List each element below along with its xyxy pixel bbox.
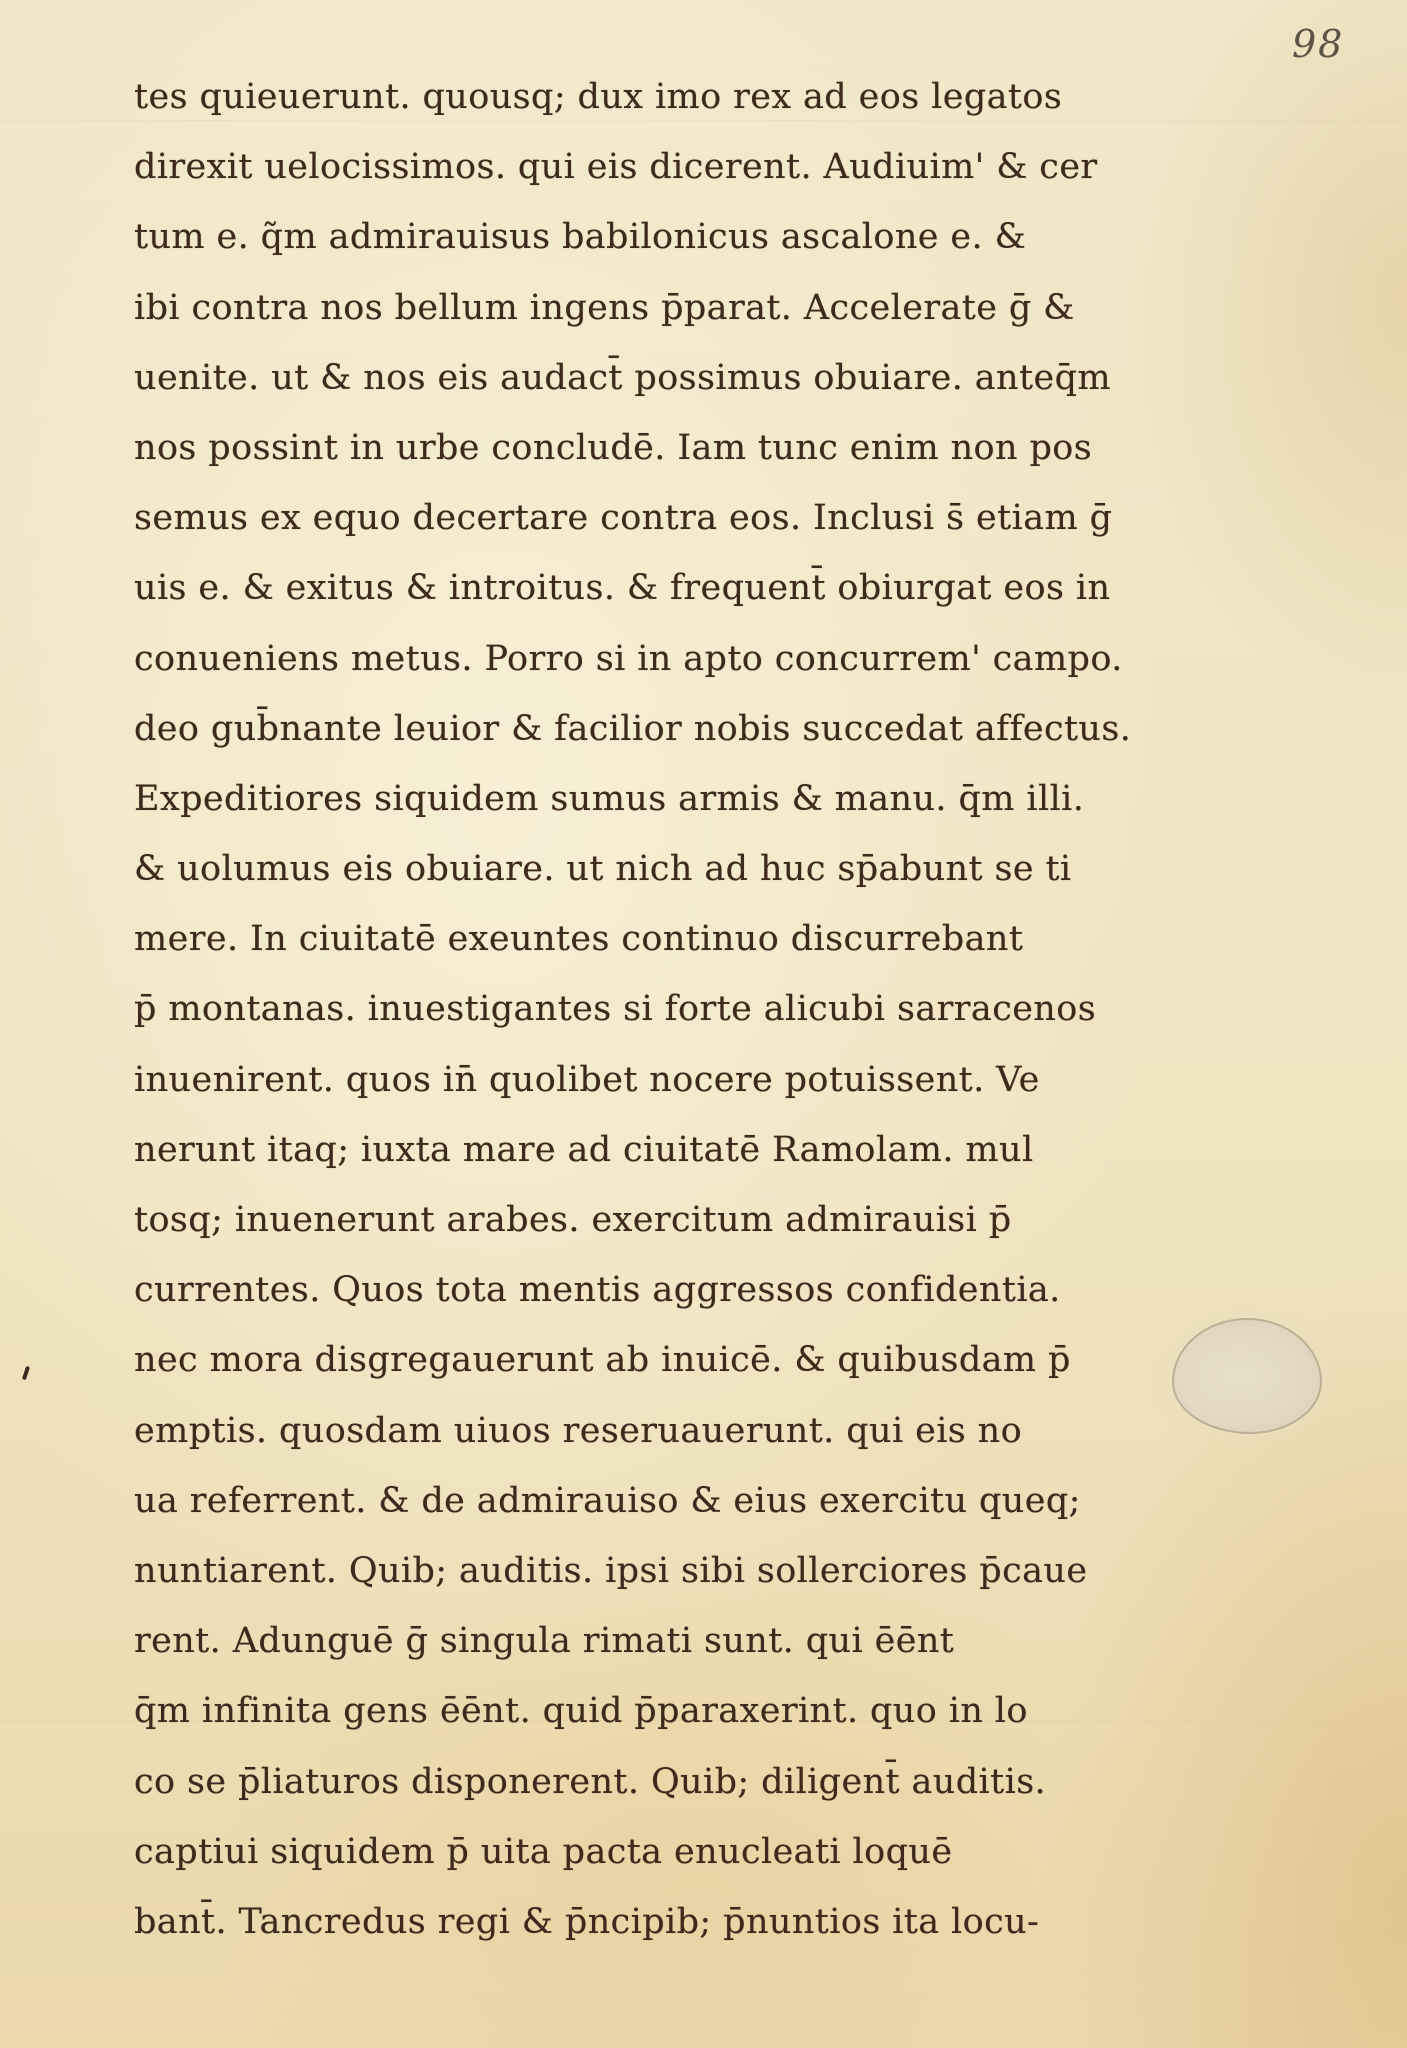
manuscript-line: nerunt itaq; iuxta mare ad ciuitatē Ram…	[134, 1115, 1194, 1185]
manuscript-line: Expeditiores siquidem sumus armis & manu…	[134, 764, 1194, 834]
folio-number: 98	[1292, 22, 1344, 66]
manuscript-line: conueniens metus. Porro si in apto concu…	[134, 624, 1194, 694]
manuscript-line: co se p̄liaturos disponerent. Quib; dili…	[134, 1747, 1194, 1817]
manuscript-line: ua referrent. & de admirauiso & eius exe…	[134, 1466, 1194, 1536]
manuscript-line: q̄m infinita gens ēēnt. quid p̄paraxer…	[134, 1676, 1194, 1746]
manuscript-line: & uolumus eis obuiare. ut nich ad huc sp…	[134, 834, 1194, 904]
manuscript-line: direxit uelocissimos. qui eis dicerent. …	[134, 132, 1194, 202]
manuscript-line: semus ex equo decertare contra eos. Incl…	[134, 483, 1194, 553]
manuscript-line: p̄ montanas. inuestigantes si forte alic…	[134, 974, 1194, 1044]
manuscript-line: emptis. quosdam uiuos reseruauerunt. qui…	[134, 1396, 1194, 1466]
manuscript-line: inuenirent. quos in̄ quolibet nocere pot…	[134, 1045, 1194, 1115]
manuscript-line: uis e. & exitus & introitus. & frequent̄…	[134, 553, 1194, 623]
manuscript-line: currentes. Quos tota mentis aggressos co…	[134, 1255, 1194, 1325]
manuscript-line: bant̄. Tancredus regi & p̄ncipib; p̄nunt…	[134, 1887, 1194, 1957]
manuscript-line: tes quieuerunt. quousq; dux imo rex ad e…	[134, 62, 1194, 132]
manuscript-line: tum e. q̃m admirauisus babilonicus ascal…	[134, 202, 1194, 272]
manuscript-line: deo gub̄nante leuior & facilior nobis su…	[134, 694, 1194, 764]
manuscript-folio: 98 tes quieuerunt. quousq; dux imo rex a…	[0, 0, 1407, 2048]
manuscript-line: captiui siquidem p̄ uita pacta enucleati…	[134, 1817, 1194, 1887]
parchment-hole	[1172, 1318, 1322, 1434]
margin-ink-mark	[22, 1366, 30, 1381]
manuscript-line: nuntiarent. Quib; auditis. ipsi sibi sol…	[134, 1536, 1194, 1606]
manuscript-line: tosq; inuenerunt arabes. exercitum admir…	[134, 1185, 1194, 1255]
manuscript-text-block: tes quieuerunt. quousq; dux imo rex ad e…	[134, 62, 1194, 1957]
manuscript-line: ibi contra nos bellum ingens p̄parat. Ac…	[134, 273, 1194, 343]
manuscript-line: nec mora disgregauerunt ab inuicē. & qu…	[134, 1325, 1194, 1395]
manuscript-line: rent. Adunguē ḡ singula rimati sunt. q…	[134, 1606, 1194, 1676]
manuscript-line: uenite. ut & nos eis audact̄ possimus ob…	[134, 343, 1194, 413]
manuscript-line: nos possint in urbe concludē. Iam tunc …	[134, 413, 1194, 483]
manuscript-line: mere. In ciuitatē exeuntes continuo dis…	[134, 904, 1194, 974]
